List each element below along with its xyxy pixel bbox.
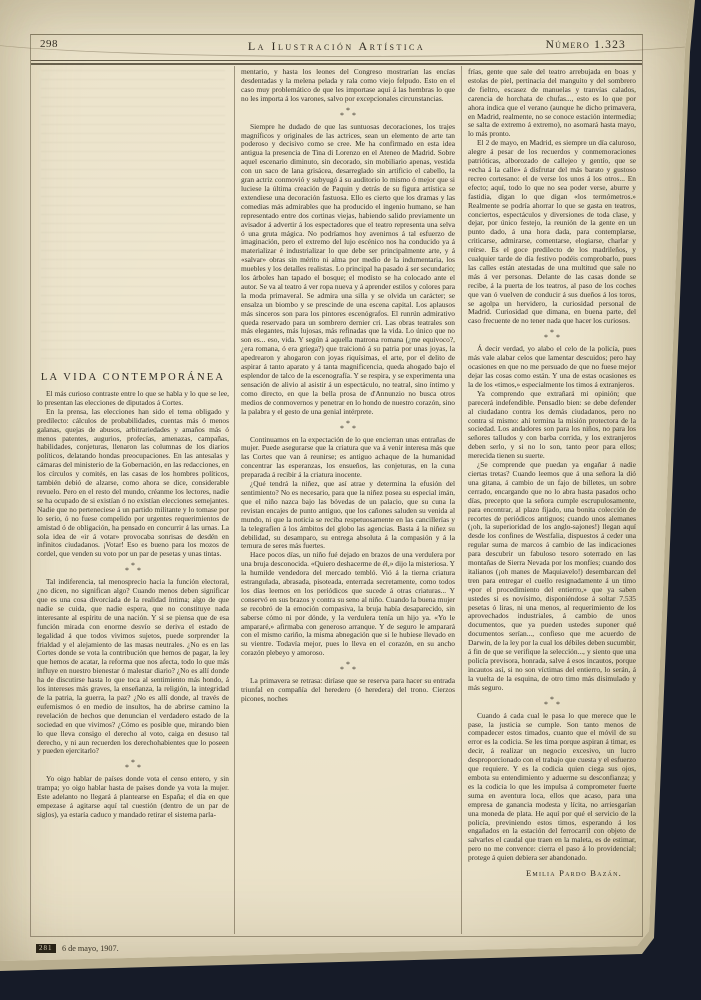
article-paragraph: La primavera se retrasa: diríase que se … <box>241 677 455 704</box>
article-paragraph: ¿Qué tendrá la niñez, que así atrae y de… <box>241 480 455 551</box>
asterism-separator: * * * <box>468 698 636 708</box>
column-right: frías, gente que sale del teatro arrebuj… <box>462 66 642 934</box>
article-paragraph: Tal indiferencia, tal menosprecio hacia … <box>37 578 229 756</box>
asterism-separator: * * * <box>468 331 636 341</box>
scan-backdrop: 298 La Ilustración Artística Número 1.32… <box>0 0 701 1000</box>
asterism-separator: * * * <box>37 564 229 574</box>
asterism-separator: * * * <box>241 422 455 432</box>
column-left: LA VIDA CONTEMPORÁNEA El más curioso con… <box>31 66 234 934</box>
article-paragraph: mentario, y hasta los leones del Congres… <box>241 68 455 104</box>
asterism-separator: * * * <box>37 761 229 771</box>
article-paragraph: Cuando á cada cual le pasa lo que merece… <box>468 712 636 863</box>
text-columns: LA VIDA CONTEMPORÁNEA El más curioso con… <box>31 66 642 934</box>
article-paragraph: Yo oigo hablar de países donde vota el c… <box>37 775 229 820</box>
asterism-separator: * * * <box>241 663 455 673</box>
article-paragraph: El 2 de mayo, en Madrid, es siempre un d… <box>468 139 636 326</box>
magazine-page: 298 La Ilustración Artística Número 1.32… <box>0 0 701 1000</box>
article-paragraph: El más curioso contraste entre lo que se… <box>37 390 229 408</box>
header-rule-thick <box>31 63 642 65</box>
column-middle: mentario, y hasta los leones del Congres… <box>235 66 461 934</box>
footer-date: 6 de mayo, 1907. <box>62 944 119 953</box>
article-paragraph: Continuamos en la expectación de lo que … <box>241 436 455 481</box>
article-paragraph: Ya comprendo que extrañará mi opinión; q… <box>468 390 636 461</box>
article-paragraph: frías, gente que sale del teatro arrebuj… <box>468 68 636 139</box>
printed-frame: 298 La Ilustración Artística Número 1.32… <box>30 34 643 937</box>
edition-badge: 281 <box>36 944 56 953</box>
header-rule-thin <box>31 60 642 61</box>
article-title: LA VIDA CONTEMPORÁNEA <box>37 372 229 383</box>
article-paragraph: En la prensa, las elecciones han sido el… <box>37 408 229 559</box>
article-paragraph: Hace pocos días, un niño fué dejado en b… <box>241 551 455 658</box>
issue-number: Número 1.323 <box>546 39 626 51</box>
bleedthrough-texture <box>41 70 225 366</box>
author-signature: Emilia Pardo Bazán. <box>468 868 636 878</box>
article-paragraph: ¿Se comprende que puedan ya engañar á na… <box>468 461 636 693</box>
article-paragraph: Á decir verdad, yo alabo el celo de la p… <box>468 345 636 390</box>
asterism-separator: * * * <box>241 109 455 119</box>
page-header: 298 La Ilustración Artística Número 1.32… <box>31 35 642 58</box>
article-paragraph: Siempre he dudado de que las suntuosas d… <box>241 123 455 417</box>
